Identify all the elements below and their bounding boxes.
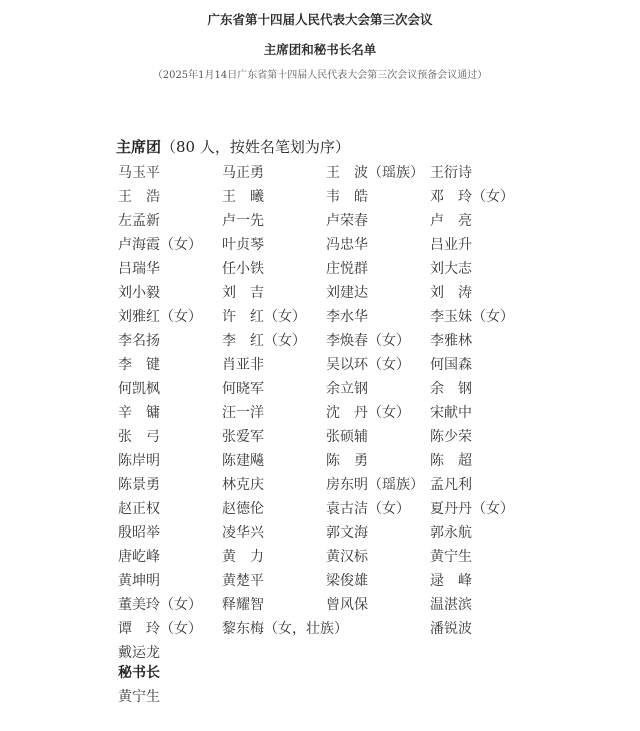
member-name: 张硕辅 <box>326 425 430 449</box>
member-name: 赵正权 <box>118 497 222 521</box>
member-name: 黄 力 <box>222 545 326 569</box>
member-name: 沈 丹（女） <box>326 401 430 425</box>
member-name: 卢 亮 <box>430 209 534 233</box>
presidium-heading: 主席团（80 人，按姓名笔划为序） <box>116 136 350 157</box>
member-name: 辛 镛 <box>118 401 222 425</box>
member-name: 凌华兴 <box>222 521 326 545</box>
member-name: 释耀智 <box>222 593 326 617</box>
member-name: 张 弓 <box>118 425 222 449</box>
member-name: 温湛滨 <box>430 593 534 617</box>
name-row: 唐屹峰黄 力黄汉标黄宁生 <box>118 545 538 569</box>
name-row: 谭 玲（女）黎东梅（女，壮族）潘锐波 <box>118 617 538 641</box>
member-name: 李 键 <box>118 353 222 377</box>
member-name <box>222 641 326 665</box>
name-row: 赵正权赵德伦袁古洁（女）夏丹丹（女） <box>118 497 538 521</box>
member-name: 潘锐波 <box>430 617 534 641</box>
member-name: 邓 玲（女） <box>430 185 534 209</box>
member-name: 马正勇 <box>222 161 326 185</box>
name-row: 何凯枫何晓军余立钢余 钢 <box>118 377 538 401</box>
member-name: 汪一洋 <box>222 401 326 425</box>
name-row: 李 键肖亚非吴以环（女）何国森 <box>118 353 538 377</box>
member-name: 吴以环（女） <box>326 353 430 377</box>
member-name: 黄汉标 <box>326 545 430 569</box>
approval-note: （2025年1月14日广东省第十四届人民代表大会第三次会议预备会议通过） <box>0 66 640 81</box>
member-name: 陈 超 <box>430 449 534 473</box>
member-name: 庄悦群 <box>326 257 430 281</box>
member-name: 陈建飚 <box>222 449 326 473</box>
member-name: 吕瑞华 <box>118 257 222 281</box>
member-name: 刘小毅 <box>118 281 222 305</box>
member-name: 黎东梅（女，壮族） <box>222 617 326 641</box>
name-row: 王 浩王 曦韦 皓邓 玲（女） <box>118 185 538 209</box>
member-name: 梁俊雄 <box>326 569 430 593</box>
member-name <box>326 617 430 641</box>
member-name: 陈岸明 <box>118 449 222 473</box>
presidium-name-list: 马玉平马正勇王 波（瑶族）王衍诗王 浩王 曦韦 皓邓 玲（女）左孟新卢一先卢荣春… <box>118 161 538 665</box>
name-row: 卢海霞（女）叶贞琴冯忠华吕业升 <box>118 233 538 257</box>
member-name: 余 钢 <box>430 377 534 401</box>
name-row: 陈景勇林克庆房东明（瑶族）孟凡利 <box>118 473 538 497</box>
secretary-general-heading: 秘书长 <box>118 662 160 682</box>
name-row: 张 弓张爱军张硕辅陈少荣 <box>118 425 538 449</box>
member-name: 马玉平 <box>118 161 222 185</box>
member-name: 吕业升 <box>430 233 534 257</box>
member-name: 郭永航 <box>430 521 534 545</box>
member-name: 黄楚平 <box>222 569 326 593</box>
member-name: 王 曦 <box>222 185 326 209</box>
document-title: 广东省第十四届人民代表大会第三次会议 <box>0 10 640 28</box>
name-row: 殷昭举凌华兴郭文海郭永航 <box>118 521 538 545</box>
member-name: 许 红（女） <box>222 305 326 329</box>
member-name: 王衍诗 <box>430 161 534 185</box>
name-row: 吕瑞华任小铁庄悦群刘大志 <box>118 257 538 281</box>
member-name: 黄坤明 <box>118 569 222 593</box>
name-row: 戴运龙 <box>118 641 538 665</box>
member-name: 殷昭举 <box>118 521 222 545</box>
member-name: 陈 勇 <box>326 449 430 473</box>
member-name: 房东明（瑶族） <box>326 473 430 497</box>
document-subtitle: 主席团和秘书长名单 <box>0 40 640 58</box>
member-name: 肖亚非 <box>222 353 326 377</box>
name-row: 董美玲（女）释耀智曾风保温湛滨 <box>118 593 538 617</box>
member-name: 何晓军 <box>222 377 326 401</box>
member-name: 韦 皓 <box>326 185 430 209</box>
member-name: 卢一先 <box>222 209 326 233</box>
member-name: 刘雅红（女） <box>118 305 222 329</box>
member-name: 赵德伦 <box>222 497 326 521</box>
presidium-heading-label: 主席团 <box>116 138 161 156</box>
member-name: 左孟新 <box>118 209 222 233</box>
member-name: 宋献中 <box>430 401 534 425</box>
member-name: 唐屹峰 <box>118 545 222 569</box>
member-name: 曾风保 <box>326 593 430 617</box>
member-name: 林克庆 <box>222 473 326 497</box>
member-name: 王 波（瑶族） <box>326 161 430 185</box>
member-name: 王 浩 <box>118 185 222 209</box>
member-name: 逯 峰 <box>430 569 534 593</box>
presidium-heading-note: （80 人，按姓名笔划为序） <box>161 138 350 156</box>
member-name: 夏丹丹（女） <box>430 497 534 521</box>
member-name: 叶贞琴 <box>222 233 326 257</box>
name-row: 陈岸明陈建飚陈 勇陈 超 <box>118 449 538 473</box>
member-name: 何凯枫 <box>118 377 222 401</box>
member-name: 李水华 <box>326 305 430 329</box>
member-name <box>326 641 430 665</box>
name-row: 黄坤明黄楚平梁俊雄逯 峰 <box>118 569 538 593</box>
member-name: 孟凡利 <box>430 473 534 497</box>
member-name <box>430 641 534 665</box>
name-row: 辛 镛汪一洋沈 丹（女）宋献中 <box>118 401 538 425</box>
member-name: 刘建达 <box>326 281 430 305</box>
member-name: 郭文海 <box>326 521 430 545</box>
member-name: 刘大志 <box>430 257 534 281</box>
member-name: 谭 玲（女） <box>118 617 222 641</box>
member-name: 刘 吉 <box>222 281 326 305</box>
name-row: 李名扬李 红（女）李焕春（女）李雅林 <box>118 329 538 353</box>
member-name: 李雅林 <box>430 329 534 353</box>
member-name: 李 红（女） <box>222 329 326 353</box>
member-name: 余立钢 <box>326 377 430 401</box>
member-name: 冯忠华 <box>326 233 430 257</box>
member-name: 董美玲（女） <box>118 593 222 617</box>
member-name: 陈景勇 <box>118 473 222 497</box>
member-name: 张爱军 <box>222 425 326 449</box>
member-name: 陈少荣 <box>430 425 534 449</box>
member-name: 卢海霞（女） <box>118 233 222 257</box>
member-name: 刘 涛 <box>430 281 534 305</box>
member-name: 卢荣春 <box>326 209 430 233</box>
member-name: 任小铁 <box>222 257 326 281</box>
member-name: 黄宁生 <box>430 545 534 569</box>
member-name: 何国森 <box>430 353 534 377</box>
member-name: 李焕春（女） <box>326 329 430 353</box>
member-name: 李玉妹（女） <box>430 305 534 329</box>
name-row: 左孟新卢一先卢荣春卢 亮 <box>118 209 538 233</box>
member-name: 李名扬 <box>118 329 222 353</box>
name-row: 刘小毅刘 吉刘建达刘 涛 <box>118 281 538 305</box>
name-row: 刘雅红（女）许 红（女）李水华李玉妹（女） <box>118 305 538 329</box>
secretary-general-name: 黄宁生 <box>118 686 160 706</box>
name-row: 马玉平马正勇王 波（瑶族）王衍诗 <box>118 161 538 185</box>
member-name: 袁古洁（女） <box>326 497 430 521</box>
